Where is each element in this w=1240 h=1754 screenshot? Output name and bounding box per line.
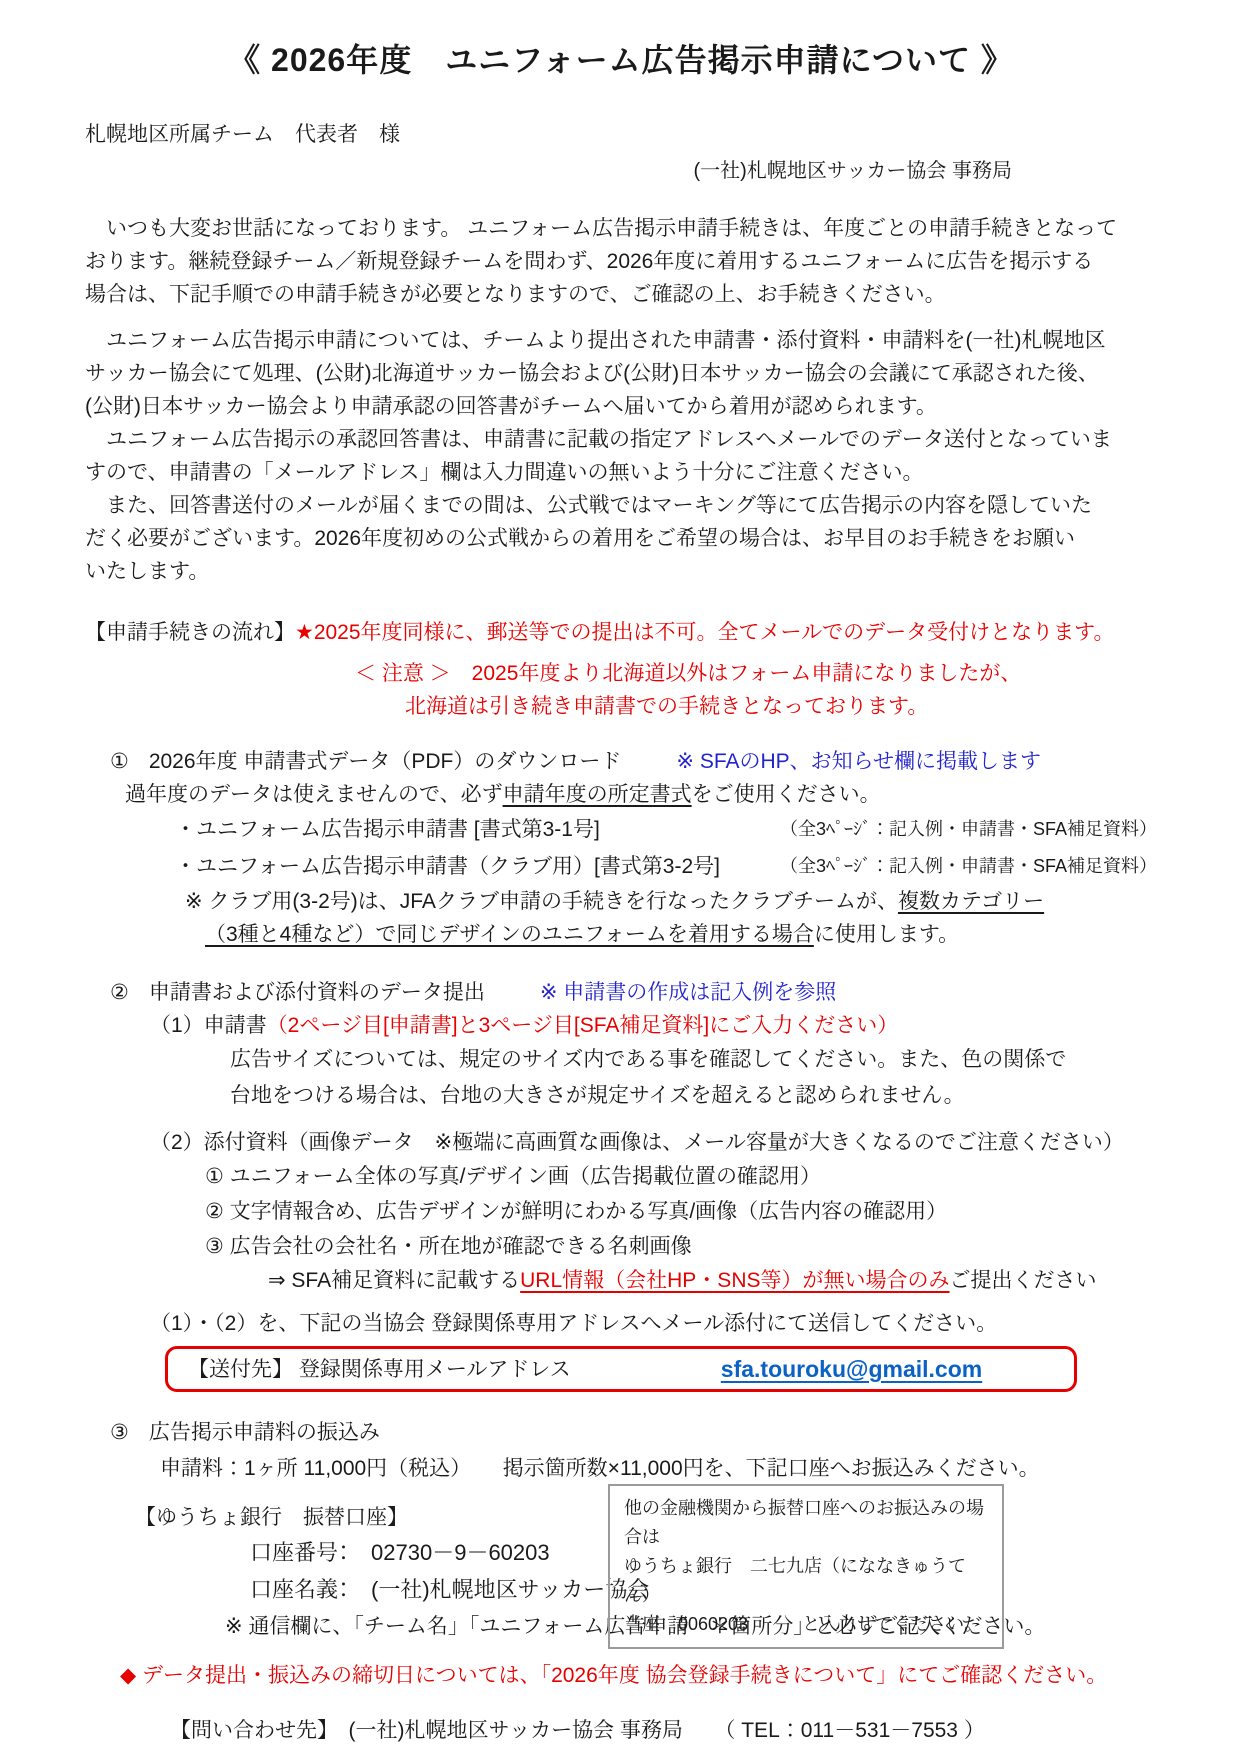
step-1-hp-note: ※ SFAのHP、お知らせ欄に掲載します <box>676 750 1041 773</box>
url-note-red-underlined: URL情報（会社HP・SNS等）が無い場合のみ <box>520 1269 949 1292</box>
flow-label: 【申請手続きの流れ】 <box>85 621 295 644</box>
application-form-label: （1）申請書 <box>150 1014 267 1037</box>
club-note-line-2: （3種と4種など）で同じデザインのユニフォームを着用する場合に使用します。 <box>205 918 1157 951</box>
other-bank-transfer-box: 他の金融機関から振替口座へのお振込みの場合は ゆうちょ銀行 二七九店（にななきゅ… <box>608 1484 1004 1649</box>
caution-pre: 過年度のデータは使えませんので、必ず <box>125 783 503 806</box>
addressee-line: 札幌地区所属チーム 代表者 様 <box>85 118 1157 151</box>
attachment-item-2: ② 文字情報含め、広告デザインが鮮明にわかる写真/画像（広告内容の確認用） <box>205 1194 1157 1229</box>
step-2-example-note: ※ 申請書の作成は記入例を参照 <box>540 981 836 1004</box>
procedure-flow-heading: 【申請手続きの流れ】★2025年度同様に、郵送等での提出は不可。全てメールでのデ… <box>85 616 1157 649</box>
form-1-name: ・ユニフォーム広告掲示申請書 [書式第3-1号] <box>175 811 600 848</box>
form-list-item-2: ・ユニフォーム広告掲示申請書（クラブ用）[書式第3-2号] （全3ﾍﾟｰｼﾞ：記… <box>85 848 1157 885</box>
notice-line-1: ＜ 注意 ＞ 2025年度より北海道以外はフォーム申請になりましたが、 <box>355 657 1157 690</box>
step-1-title: 2026年度 申請書式データ（PDF）のダウンロード <box>149 750 622 773</box>
club-note-underlined-2: （3種と4種など）で同じデザインのユニフォームを着用する場合 <box>205 923 814 946</box>
application-form-red-note: （2ページ目[申請書]と3ページ目[SFA補足資料]にご入力ください） <box>267 1014 899 1037</box>
notice-line-2: 北海道は引き続き申請書での手続きとなっております。 <box>405 690 1157 723</box>
application-form-line: （1）申請書（2ページ目[申請書]と3ページ目[SFA補足資料]にご入力ください… <box>150 1009 1157 1042</box>
step-3-heading: ③広告掲示申請料の振込み <box>85 1416 1157 1449</box>
club-note-pre: ※ クラブ用(3-2号)は、JFAクラブ申請の手続きを行なったクラブチームが、 <box>185 890 898 913</box>
intro-paragraph-2: ユニフォーム広告掲示申請については、チームより提出された申請書・添付資料・申請料… <box>85 324 1157 423</box>
intro-paragraph-3: ユニフォーム広告掲示の承認回答書は、申請書に記載の指定アドレスへメールでのデータ… <box>85 423 1157 588</box>
step-1-heading: ①2026年度 申請書式データ（PDF）のダウンロード※ SFAのHP、お知らせ… <box>85 745 1157 778</box>
fee-line: 申請料：1ヶ所 11,000円（税込） 掲示箇所数×11,000円を、下記口座へ… <box>160 1452 1157 1485</box>
notice-block: ＜ 注意 ＞ 2025年度より北海道以外はフォーム申請になりましたが、 北海道は… <box>85 657 1157 723</box>
account-name-label: 口座名義： <box>250 1577 349 1602</box>
application-form-body: 広告サイズについては、規定のサイズ内である事を確認してください。また、色の関係で… <box>230 1042 1157 1114</box>
attachment-item-3: ③ 広告会社の会社名・所在地が確認できる名刺画像 <box>205 1229 1157 1264</box>
url-note-pre: ⇒ SFA補足資料に記載する <box>268 1269 520 1292</box>
url-info-note: ⇒ SFA補足資料に記載するURL情報（会社HP・SNS等）が無い場合のみご提出… <box>268 1264 1157 1297</box>
step-2-heading: ②申請書および添付資料のデータ提出※ 申請書の作成は記入例を参照 <box>85 976 1157 1009</box>
account-number-label: 口座番号： <box>250 1540 349 1565</box>
caution-post: をご使用ください。 <box>692 783 881 806</box>
send-box-label: 【送付先】 登録関係専用メールアドレス <box>188 1353 571 1386</box>
account-number-value: 02730－9－60203 <box>371 1540 550 1565</box>
document-page: 《 2026年度 ユニフォーム広告掲示申請について 》 札幌地区所属チーム 代表… <box>0 0 1240 1754</box>
form-1-pages-note: （全3ﾍﾟｰｼﾞ：記入例・申請書・SFA補足資料） <box>780 811 1157 848</box>
club-note-post: に使用します。 <box>814 923 959 946</box>
url-note-post: ご提出ください <box>950 1269 1097 1292</box>
attachments-heading: （2）添付資料（画像データ ※極端に高画質な画像は、メール容量が大きくなるのでご… <box>150 1126 1157 1159</box>
deadline-note: ◆ データ提出・振込みの締切日については、「2026年度 協会登録手続きについて… <box>120 1659 1157 1692</box>
sender-line: (一社)札幌地区サッカー協会 事務局 <box>85 155 1157 188</box>
form-list-item-1: ・ユニフォーム広告掲示申請書 [書式第3-1号] （全3ﾍﾟｰｼﾞ：記入例・申請… <box>85 811 1157 848</box>
step-1-caution: 過年度のデータは使えませんので、必ず申請年度の所定書式をご使用ください。 <box>125 778 1157 811</box>
caution-underlined: 申請年度の所定書式 <box>503 783 692 806</box>
step-1-number: ① <box>110 750 129 773</box>
doc-title: 《 2026年度 ユニフォーム広告掲示申請について 》 <box>85 38 1157 82</box>
contact-line: 【問い合わせ先】 (一社)札幌地区サッカー協会 事務局 （ TEL：011－53… <box>170 1714 1157 1747</box>
attachment-item-1: ① ユニフォーム全体の写真/デザイン画（広告掲載位置の確認用） <box>205 1159 1157 1194</box>
club-note-underlined-1: 複数カテゴリー <box>898 890 1044 913</box>
step-2-number: ② <box>110 981 129 1004</box>
club-note-line-1: ※ クラブ用(3-2号)は、JFAクラブ申請の手続きを行なったクラブチームが、複… <box>185 885 1157 918</box>
bank-section: 【ゆうちょ銀行 振替口座】 口座番号： 02730－9－60203 口座名義： … <box>85 1501 1157 1643</box>
flow-mail-only-note: ★2025年度同様に、郵送等での提出は不可。全てメールでのデータ受付けとなります… <box>295 621 1114 644</box>
form-2-name: ・ユニフォーム広告掲示申請書（クラブ用）[書式第3-2号] <box>175 848 720 885</box>
step-3-title: 広告掲示申請料の振込み <box>149 1421 380 1444</box>
send-instruction: （1）・（2）を、下記の当協会 登録関係専用アドレスへメール添付にて送信してくだ… <box>150 1307 1157 1340</box>
intro-paragraph-1: いつも大変お世話になっております。 ユニフォーム広告掲示申請手続きは、年度ごとの… <box>85 212 1157 311</box>
send-email-link[interactable]: sfa.touroku@gmail.com <box>721 1353 982 1386</box>
step-2-title: 申請書および添付資料のデータ提出 <box>149 981 485 1004</box>
step-3-number: ③ <box>110 1421 129 1444</box>
form-2-pages-note: （全3ﾍﾟｰｼﾞ：記入例・申請書・SFA補足資料） <box>780 848 1157 885</box>
send-address-box: 【送付先】 登録関係専用メールアドレス sfa.touroku@gmail.co… <box>165 1346 1077 1392</box>
